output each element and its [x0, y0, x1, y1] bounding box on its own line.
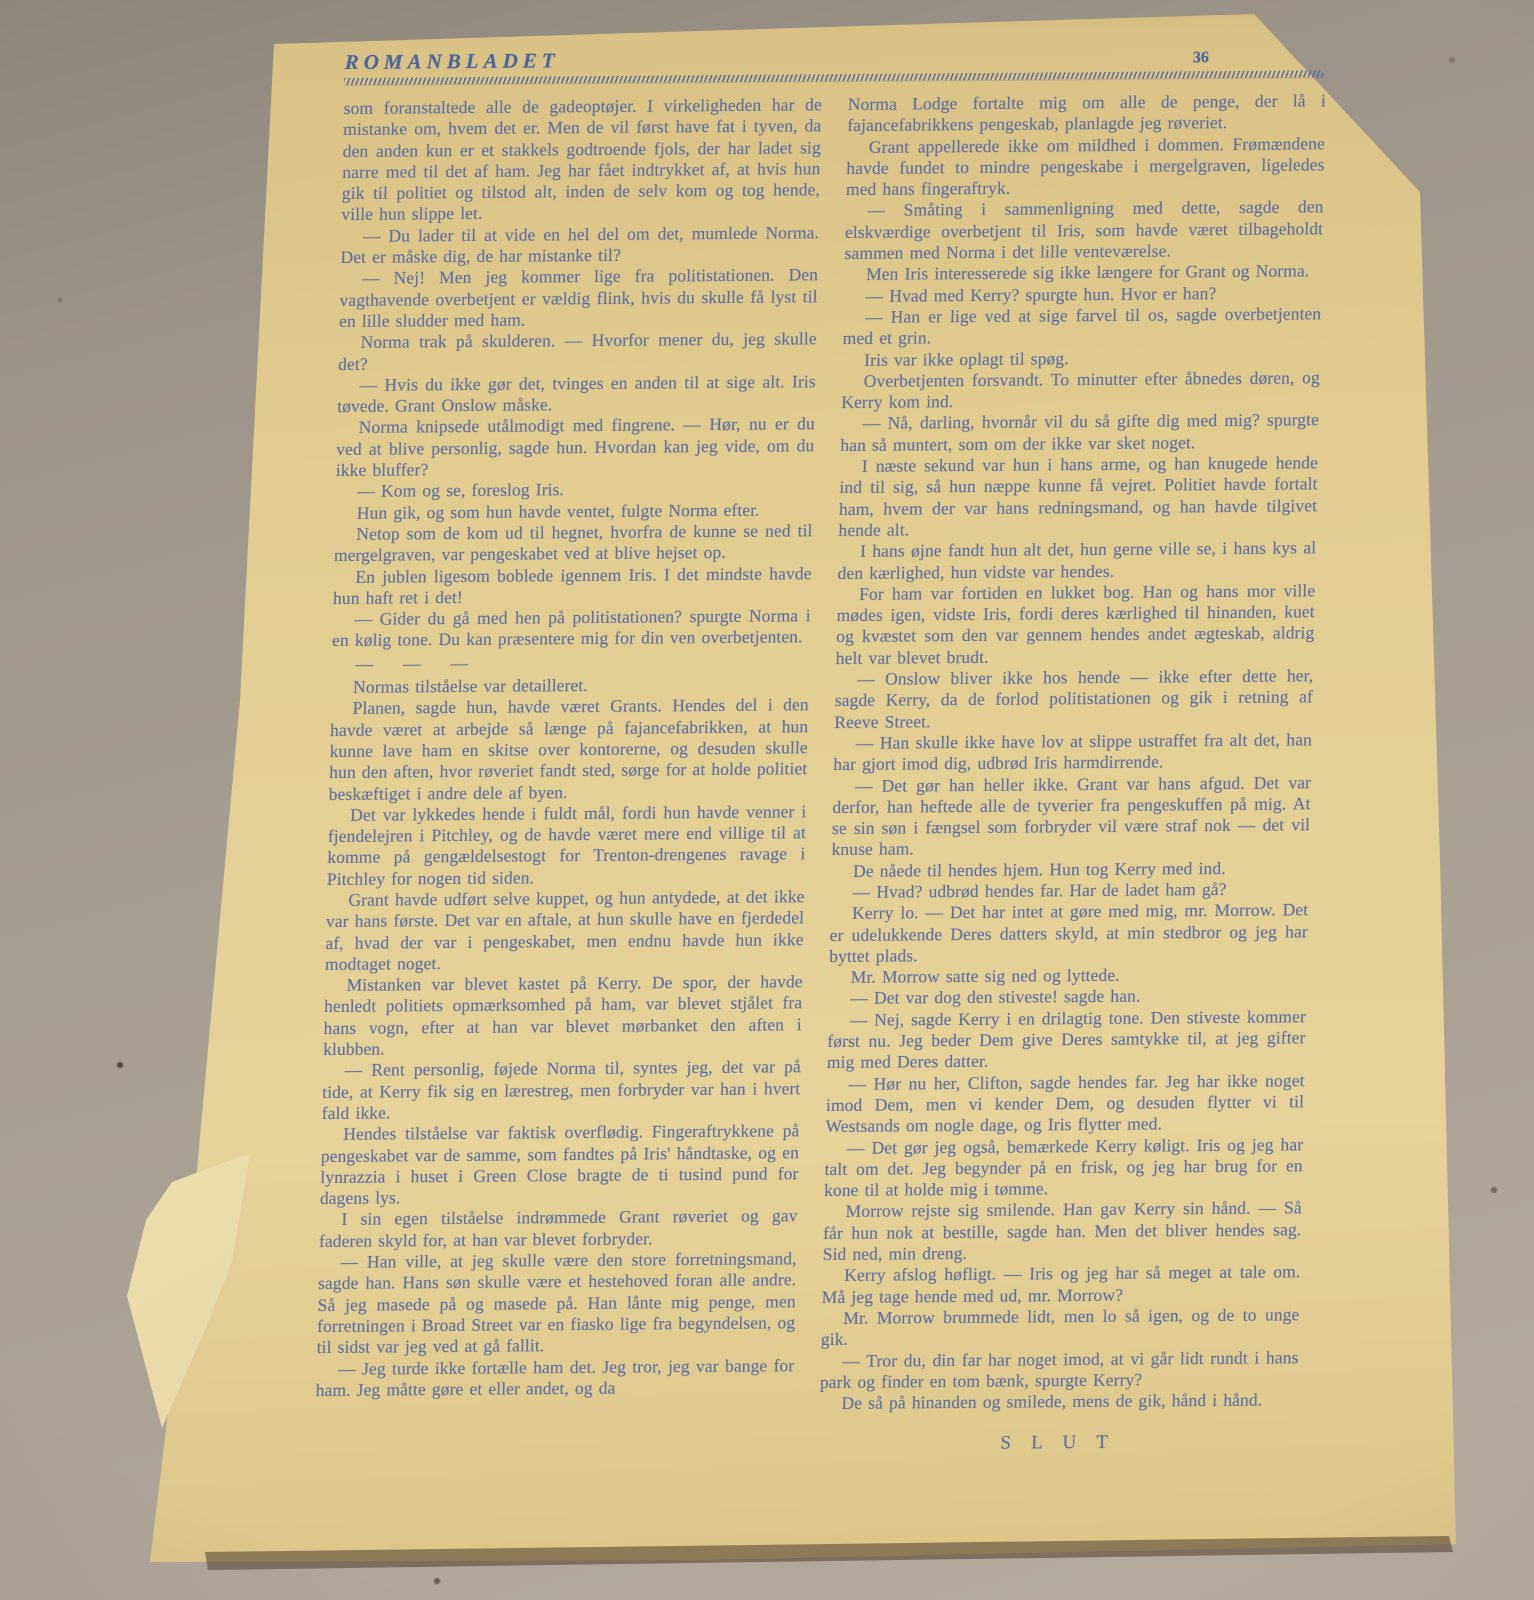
- paragraph: — Gider du gå med hen på politistationen…: [332, 605, 811, 651]
- paragraph: Grant havde udført selve kuppet, og hun …: [325, 886, 805, 975]
- paragraph: En jublen ligesom boblede igennem Iris. …: [333, 563, 812, 609]
- paragraph: Planen, sagde hun, havde været Grants. H…: [329, 695, 809, 805]
- magazine-page: ROMANBLADET 36 som foranstaltede alle de…: [0, 0, 1534, 1600]
- paragraph: — Hør nu her, Clifton, sagde hendes far.…: [825, 1070, 1304, 1138]
- paragraph: Norma knipsede utålmodigt med fingrene. …: [336, 414, 815, 482]
- page-content: ROMANBLADET 36 som foranstaltede alle de…: [314, 42, 1327, 1459]
- paragraph: De så på hinanden og smilede, mens de gi…: [819, 1389, 1298, 1414]
- paragraph: Det var lykkedes hende i fuldt mål, ford…: [327, 801, 807, 890]
- paragraph: — Det gør han heller ikke. Grant var han…: [831, 772, 1311, 861]
- paragraph: Norma trak på skulderen. — Hvorfor mener…: [338, 329, 817, 375]
- text-column-right: Norma Lodge fortalte mig om alle de peng…: [818, 90, 1326, 1455]
- paragraph: — Hvis du ikke gør det, tvinges en anden…: [337, 371, 816, 417]
- end-mark: S L U T: [818, 1431, 1297, 1456]
- paragraph: — Han skulle ikke have lov at slippe ust…: [833, 729, 1312, 775]
- text-columns: som foranstaltede alle de gadeoptøjer. I…: [314, 90, 1326, 1459]
- paragraph: — Småting i sammenligning med dette, sag…: [844, 197, 1323, 265]
- paragraph: — Du lader til at vide en hel del om det…: [340, 222, 819, 268]
- paragraph: Kerry afslog høfligt. — Iris og jeg har …: [822, 1262, 1301, 1308]
- paragraph: — Han ville, at jeg skulle være den stor…: [316, 1248, 796, 1358]
- paragraph: — Onslow bliver ikke hos hende — ikke ef…: [834, 665, 1313, 733]
- masthead-title: ROMANBLADET: [344, 48, 559, 75]
- page-header: ROMANBLADET 36: [344, 42, 1327, 75]
- paragraph: Men Iris interesserede sig ikke længere …: [844, 261, 1323, 286]
- paragraph: Mistanken var blevet kastet på Kerry. De…: [323, 971, 803, 1060]
- paragraph: For ham var fortiden en lukket bog. Han …: [836, 580, 1316, 669]
- paragraph: — Nå, darling, hvornår vil du så gifte d…: [840, 410, 1319, 456]
- paragraph: Hendes tilståelse var faktisk overflødig…: [320, 1120, 800, 1209]
- paragraph: Kerry lo. — Det har intet at gøre med mi…: [829, 900, 1308, 968]
- paragraph: Overbetjenten forsvandt. To minutter eft…: [841, 367, 1320, 413]
- paragraph: Morrow rejste sig smilende. Han gav Kerr…: [822, 1198, 1301, 1266]
- paragraph: — Han er lige ved at sige farvel til os,…: [842, 303, 1321, 349]
- paragraph: Grant appellerede ikke om mildhed i domm…: [846, 133, 1325, 201]
- text-column-left: som foranstaltede alle de gadeoptøjer. I…: [314, 94, 822, 1459]
- paragraph: Norma Lodge fortalte mig om alle de peng…: [847, 90, 1326, 136]
- paragraph: — Jeg turde ikke fortælle ham det. Jeg t…: [316, 1355, 795, 1401]
- paragraph: — Nej, sagde Kerry i en drilagtig tone. …: [827, 1006, 1306, 1074]
- paragraph: som foranstaltede alle de gadeoptøjer. I…: [341, 94, 822, 226]
- paragraph: — Nej! Men jeg kommer lige fra politista…: [339, 265, 818, 333]
- photo-background: ROMANBLADET 36 som foranstaltede alle de…: [0, 0, 1534, 1600]
- paragraph: — Tror du, din far har noget imod, at vi…: [820, 1347, 1299, 1393]
- paragraph: Netop som de kom ud til hegnet, hvorfra …: [334, 520, 813, 566]
- paragraph: — Det gør jeg også, bemærkede Kerry køli…: [824, 1134, 1303, 1202]
- paragraph: Mr. Morrow brummede lidt, men lo så igen…: [821, 1304, 1300, 1350]
- paragraph: — Rent personlig, føjede Norma til, synt…: [322, 1057, 801, 1125]
- paragraph: I næste sekund var hun i hans arme, og h…: [838, 452, 1318, 541]
- section-separator: — — —: [331, 650, 810, 675]
- page-number: 36: [1193, 49, 1209, 67]
- paragraph: I sin egen tilståelse indrømmede Grant r…: [319, 1206, 798, 1252]
- paragraph: I hans øjne fandt hun alt det, hun gerne…: [837, 538, 1316, 584]
